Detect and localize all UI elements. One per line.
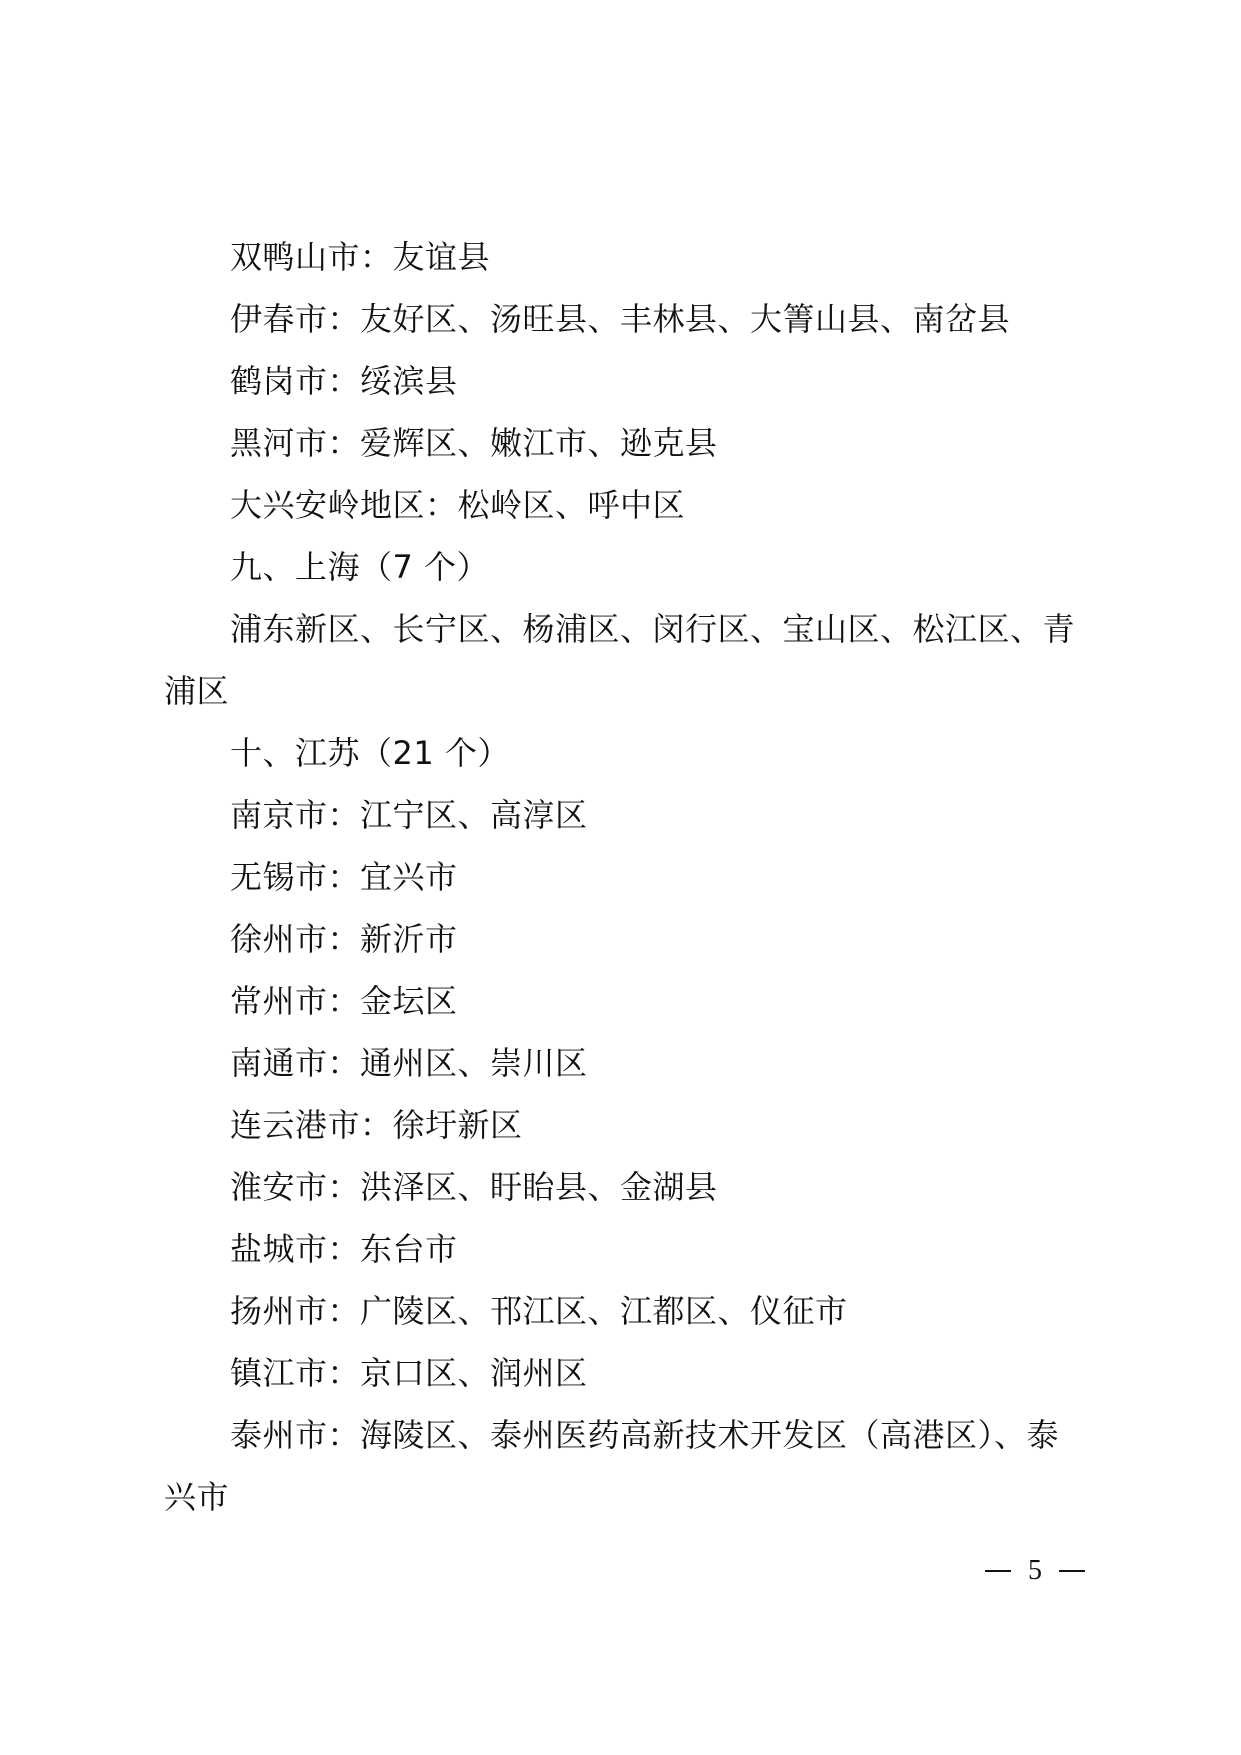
paragraph-nantong: 南通市：通州区、崇川区 xyxy=(164,1032,1083,1094)
paragraph-heihe: 黑河市：爱辉区、嫩江市、逊克县 xyxy=(164,412,1083,474)
paragraph-taizhou: 泰州市：海陵区、泰州医药高新技术开发区（高港区）、泰兴市 xyxy=(164,1404,1083,1528)
paragraph-shanghai-districts: 浦东新区、长宁区、杨浦区、闵行区、宝山区、松江区、青浦区 xyxy=(164,598,1083,722)
page-number-value: 5 xyxy=(1028,1555,1042,1587)
paragraph-nanjing: 南京市：江宁区、高淳区 xyxy=(164,784,1083,846)
paragraph-changzhou: 常州市：金坛区 xyxy=(164,970,1083,1032)
paragraph-zhenjiang: 镇江市：京口区、润州区 xyxy=(164,1342,1083,1404)
page-number-right-dash xyxy=(1059,1570,1085,1572)
paragraph-yancheng: 盐城市：东台市 xyxy=(164,1218,1083,1280)
paragraph-lianyungang: 连云港市：徐圩新区 xyxy=(164,1094,1083,1156)
section-heading-jiangsu: 十、江苏（21 个） xyxy=(164,722,1083,784)
paragraph-hegang: 鹤岗市：绥滨县 xyxy=(164,350,1083,412)
page-number: 5 xyxy=(985,1555,1085,1587)
document-body: 双鸭山市：友谊县 伊春市：友好区、汤旺县、丰林县、大箐山县、南岔县 鹤岗市：绥滨… xyxy=(164,226,1083,1528)
section-heading-shanghai: 九、上海（7 个） xyxy=(164,536,1083,598)
paragraph-yangzhou: 扬州市：广陵区、邗江区、江都区、仪征市 xyxy=(164,1280,1083,1342)
paragraph-daxinganling: 大兴安岭地区：松岭区、呼中区 xyxy=(164,474,1083,536)
paragraph-xuzhou: 徐州市：新沂市 xyxy=(164,908,1083,970)
paragraph-yichun: 伊春市：友好区、汤旺县、丰林县、大箐山县、南岔县 xyxy=(164,288,1083,350)
paragraph-shuangyashan: 双鸭山市：友谊县 xyxy=(164,226,1083,288)
page-number-left-dash xyxy=(985,1570,1011,1572)
paragraph-huaian: 淮安市：洪泽区、盱眙县、金湖县 xyxy=(164,1156,1083,1218)
paragraph-wuxi: 无锡市：宜兴市 xyxy=(164,846,1083,908)
